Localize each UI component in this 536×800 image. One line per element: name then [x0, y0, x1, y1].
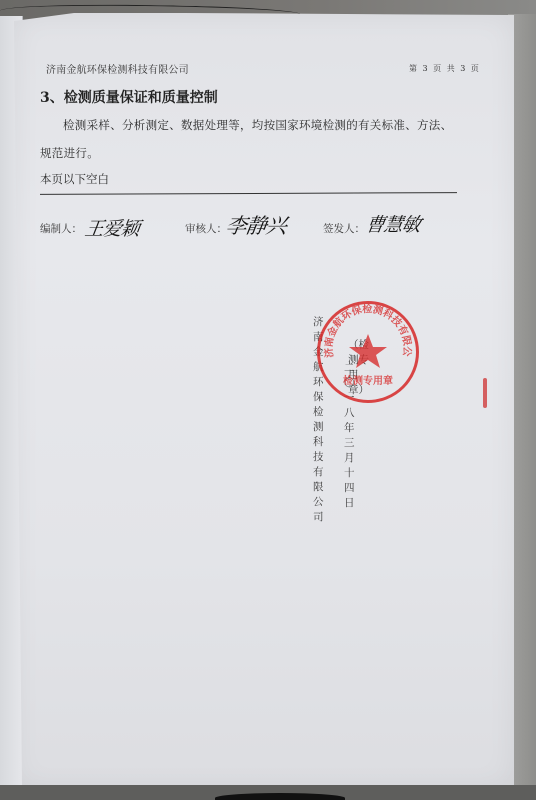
seal-star-icon	[349, 334, 387, 368]
background-shadow	[215, 793, 345, 800]
signature-row: 编制人： 王爱颖 审核人： 李静兴 签发人： 曹慧敏	[0, 210, 536, 250]
page-indicator: 第 3 页 共 3 页	[409, 63, 480, 74]
issuer-signature: 曹慧敏	[364, 210, 422, 237]
section-title: 3、检测质量保证和质量控制	[40, 87, 218, 107]
compiler-signature: 王爱颖	[83, 214, 141, 241]
blank-page-note: 本页以下空白	[40, 171, 109, 187]
seal-bottom-text: 检测专用章	[343, 374, 393, 387]
issuer-label: 签发人：	[323, 221, 365, 236]
section-paragraph: 检测采样、分析测定、数据处理等，均按国家环境检测的有关标准、方法、规范进行。	[40, 111, 464, 167]
red-ink-mark	[483, 378, 487, 408]
official-seal: 济南金航环保检测科技有限公司 检测专用章	[317, 301, 419, 403]
reviewer-label: 审核人：	[185, 221, 227, 236]
seal-graphic: 济南金航环保检测科技有限公司 检测专用章	[320, 304, 416, 400]
header-company-name: 济南金航环保检测科技有限公司	[46, 61, 189, 76]
reviewer-signature: 李静兴	[224, 210, 288, 240]
compiler-label: 编制人：	[40, 221, 82, 236]
